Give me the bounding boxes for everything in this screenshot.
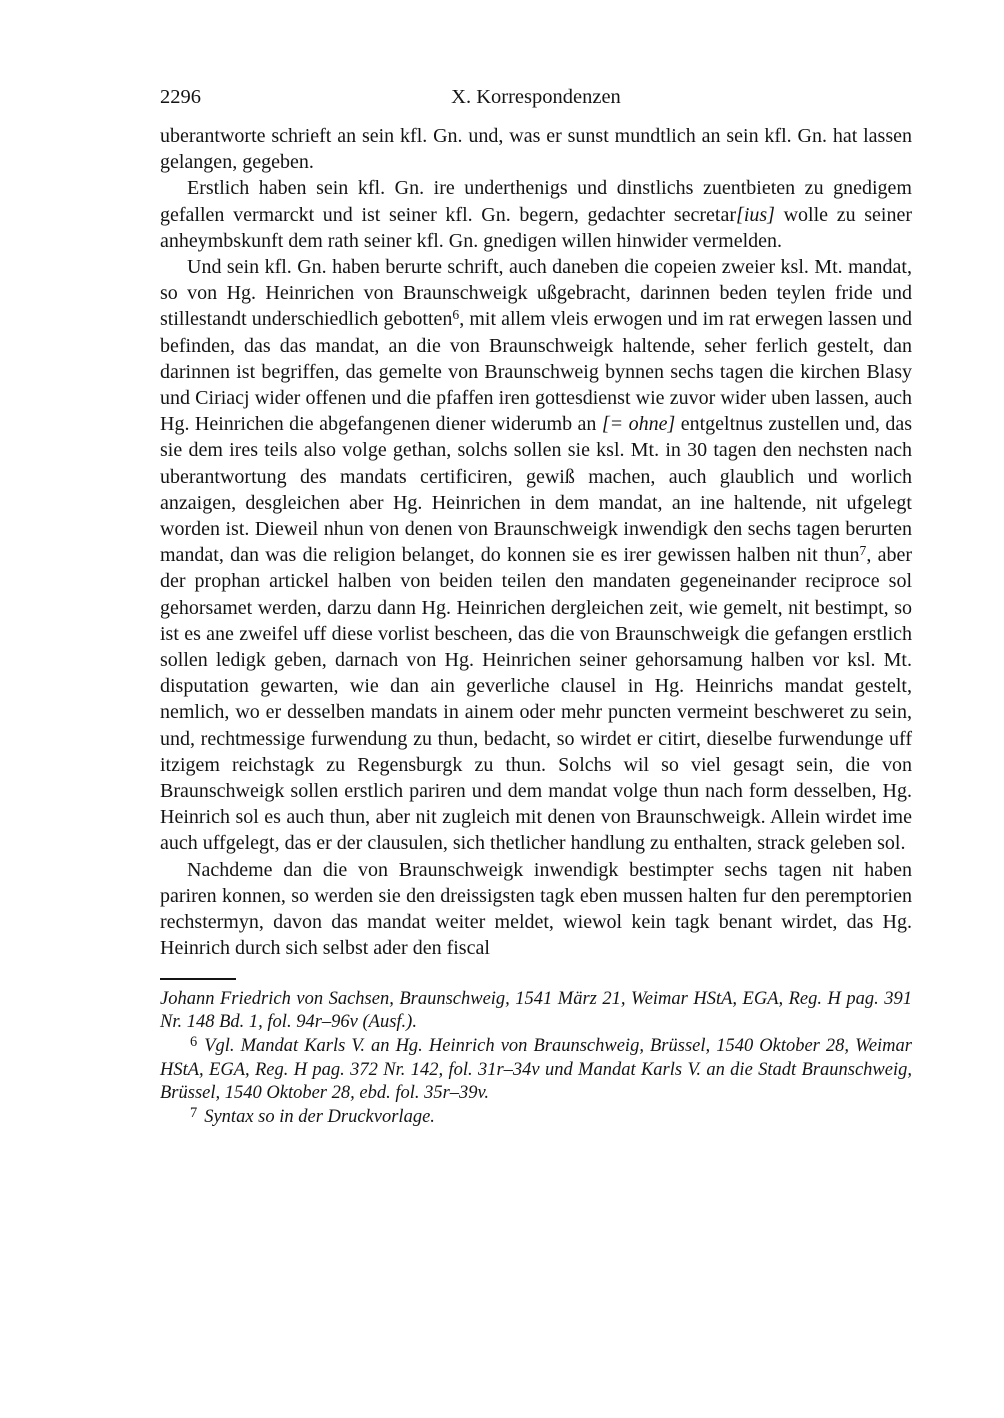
footnote-separator-rule — [160, 978, 236, 980]
header-title: X. Korrespondenzen — [160, 84, 912, 111]
body-paragraph: Erstlich haben sein kfl. Gn. ire underth… — [160, 175, 912, 254]
text-run: Nachdeme dan die von Braunschweigk inwen… — [160, 859, 912, 960]
text-run: , aber der prophan artickel halben von b… — [160, 544, 912, 854]
footnote-text: Syntax so in der Druckvorlage. — [204, 1107, 435, 1127]
body-text: uberantworte schrieft an sein kfl. Gn. u… — [160, 123, 912, 962]
body-paragraph: Nachdeme dan die von Braunschweigk inwen… — [160, 857, 912, 962]
footnote-text: Vgl. Mandat Karls V. an Hg. Heinrich von… — [160, 1036, 912, 1103]
footnote-items: 6Vgl. Mandat Karls V. an Hg. Heinrich vo… — [160, 1035, 912, 1130]
footnote-marker: 6 — [452, 307, 459, 322]
footnote-marker: 7 — [860, 543, 867, 558]
footnote-item: 6Vgl. Mandat Karls V. an Hg. Heinrich vo… — [160, 1035, 912, 1106]
text-block: 2296 X. Korrespondenzen uberantworte sch… — [160, 84, 912, 1130]
footnote-number: 7 — [190, 1105, 197, 1121]
editorial-insertion: [= ohne] — [602, 413, 675, 435]
footnote-item: 7Syntax so in der Druckvorlage. — [160, 1106, 912, 1130]
page-header: 2296 X. Korrespondenzen — [160, 84, 912, 111]
footnote-number: 6 — [190, 1034, 197, 1050]
text-run: entgeltnus zustellen und, das sie dem ir… — [160, 413, 912, 566]
editorial-insertion: [ius] — [736, 204, 775, 226]
document-page: { "page": { "number": "2296", "header_ti… — [0, 0, 1004, 1418]
footnotes-section: Johann Friedrich von Sachsen, Braunschwe… — [160, 978, 912, 1130]
body-paragraph: uberantworte schrieft an sein kfl. Gn. u… — [160, 123, 912, 175]
body-paragraph: Und sein kfl. Gn. haben berurte schrift,… — [160, 254, 912, 857]
footnote-source-note: Johann Friedrich von Sachsen, Braunschwe… — [160, 988, 912, 1035]
text-run: uberantworte schrieft an sein kfl. Gn. u… — [160, 125, 912, 173]
